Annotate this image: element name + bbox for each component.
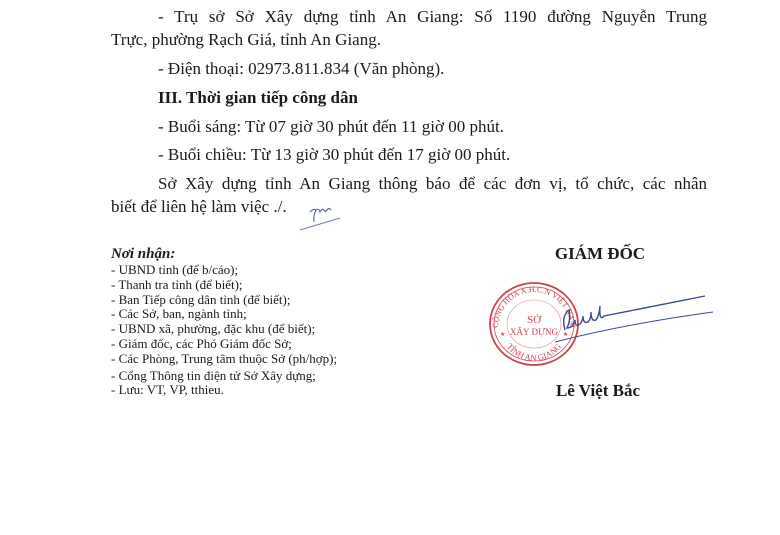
- closing-line-2: biết để liên hệ làm việc ./.: [111, 195, 707, 218]
- recipient-item: - Ban Tiếp công dân tỉnh (để biết);: [111, 293, 431, 308]
- section-heading: III. Thời gian tiếp công dân: [111, 86, 707, 109]
- closing-paragraph: Sở Xây dựng tỉnh An Giang thông báo để c…: [111, 172, 707, 218]
- svg-text:SỞ: SỞ: [527, 314, 542, 326]
- signer-name: Lê Việt Bắc: [518, 381, 678, 401]
- recipient-item: - Các Sở, ban, ngành tỉnh;: [111, 307, 431, 322]
- afternoon-hours: - Buổi chiều: Từ 13 giờ 30 phút đến 17 g…: [111, 143, 707, 166]
- recipient-item: - Các Phòng, Trung tâm thuộc Sở (ph/hợp)…: [111, 352, 431, 367]
- svg-text:★: ★: [500, 331, 505, 338]
- recipient-item: - Cổng Thông tin điện tử Sở Xây dựng;: [111, 369, 431, 384]
- initial-signature-icon: [292, 198, 352, 238]
- signer-title: GIÁM ĐỐC: [540, 244, 660, 264]
- handwritten-signature-icon: [555, 290, 715, 350]
- recipient-item: - Giám đốc, các Phó Giám đốc Sở;: [111, 337, 431, 352]
- svg-text:XÂY DỰNG: XÂY DỰNG: [510, 327, 558, 337]
- recipient-item: - UBND xã, phường, đặc khu (để biết);: [111, 322, 431, 337]
- recipients-block: Nơi nhận: - UBND tỉnh (để b/cáo); - Than…: [111, 246, 431, 398]
- address-line-1: - Trụ sở Sở Xây dựng tỉnh An Giang: Số 1…: [111, 5, 707, 28]
- recipient-item: - Lưu: VT, VP, tthieu.: [111, 383, 431, 398]
- recipient-item: - UBND tỉnh (để b/cáo);: [111, 263, 431, 278]
- closing-line-1: Sở Xây dựng tỉnh An Giang thông báo để c…: [111, 172, 707, 195]
- recipient-item: - Thanh tra tỉnh (để biết);: [111, 278, 431, 293]
- address-line-2: Trực, phường Rạch Giá, tỉnh An Giang.: [111, 28, 707, 51]
- phone-line: - Điện thoại: 02973.811.834 (Văn phòng).: [111, 57, 707, 80]
- address-paragraph: - Trụ sở Sở Xây dựng tỉnh An Giang: Số 1…: [111, 5, 707, 51]
- recipients-heading: Nơi nhận:: [111, 246, 431, 263]
- morning-hours: - Buổi sáng: Từ 07 giờ 30 phút đến 11 gi…: [111, 115, 707, 138]
